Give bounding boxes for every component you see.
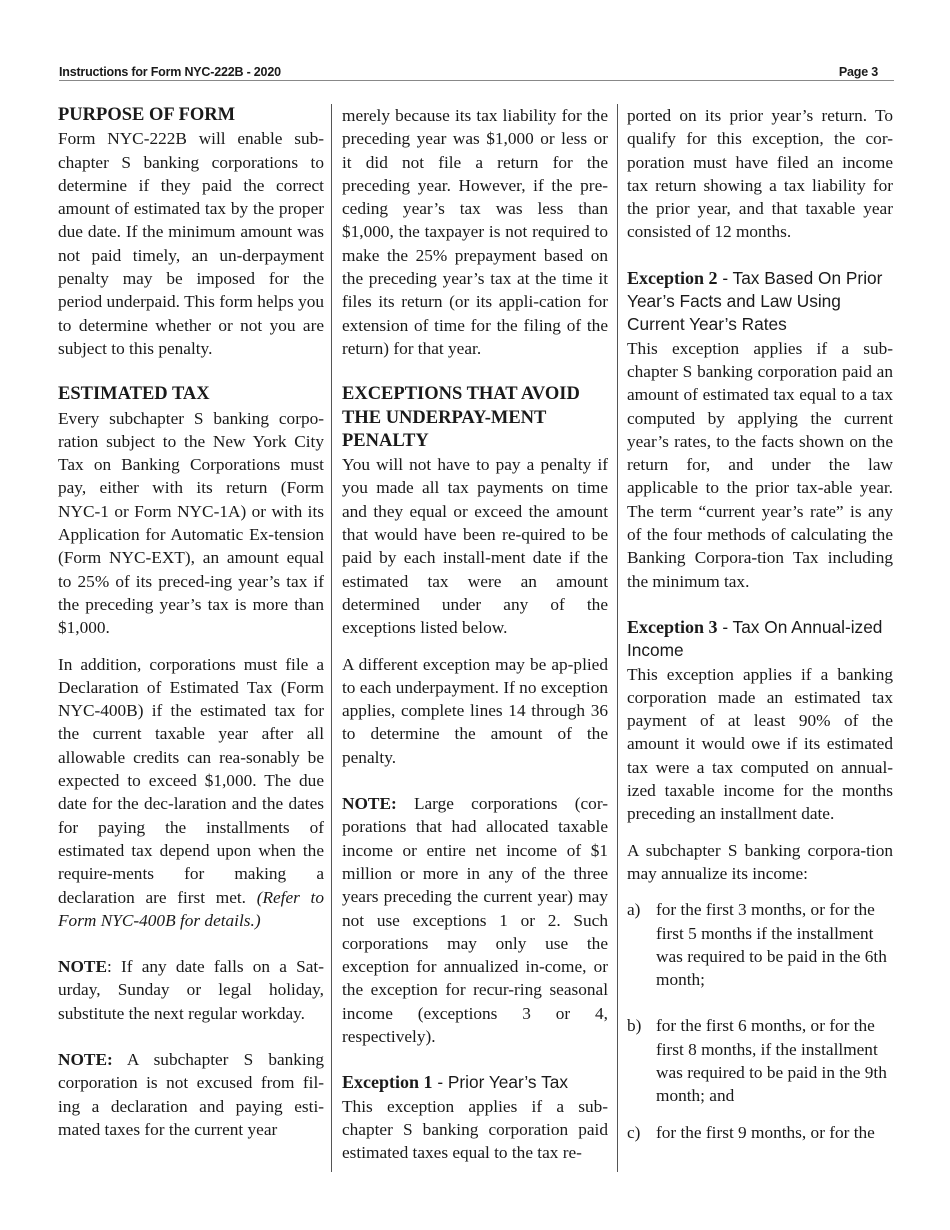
note-label: NOTE:	[58, 1050, 113, 1069]
page-number: Page 3	[839, 65, 894, 79]
document-title: Instructions for Form NYC-222B - 2020	[59, 65, 281, 79]
exception-2-heading: Exception 2 - Tax Based On Prior Year’s …	[627, 267, 893, 337]
exception-1-paragraph: This exception applies if a sub-chapter …	[342, 1095, 608, 1165]
estimated-tax-paragraph: Every subchapter S banking corpo-ration …	[58, 407, 324, 640]
note-label: NOTE	[58, 957, 107, 976]
list-item: a) for the first 3 months, or for the fi…	[627, 898, 893, 991]
section-heading-purpose: PURPOSE OF FORM	[58, 104, 324, 127]
column-divider	[617, 104, 618, 1172]
different-exception-paragraph: A different exception may be ap-plied to…	[342, 653, 608, 769]
note-large-corporations: NOTE: Large corporations (cor-porations …	[342, 792, 608, 1048]
list-label: c)	[627, 1121, 656, 1144]
exception-3-heading: Exception 3 - Tax On Annual-ized Income	[627, 616, 893, 663]
list-label: b)	[627, 1014, 656, 1107]
list-item: c) for the first 9 months, or for the	[627, 1121, 893, 1144]
note-holiday: NOTE: If any date falls on a Sat-urday, …	[58, 955, 324, 1025]
purpose-paragraph: Form NYC-222B will enable sub-chapter S …	[58, 127, 324, 360]
column-1: PURPOSE OF FORM Form NYC-222B will enabl…	[58, 104, 324, 1141]
list-text: for the first 6 months, or for the first…	[656, 1014, 893, 1107]
declaration-paragraph: In addition, corporations must file a De…	[58, 653, 324, 933]
exception-3-paragraph: This exception applies if a banking corp…	[627, 663, 893, 826]
list-item: b) for the first 6 months, or for the fi…	[627, 1014, 893, 1107]
column-3: ported on its prior year’s return. To qu…	[627, 104, 893, 1144]
continued-paragraph: merely because its tax liability for the…	[342, 104, 608, 360]
column-2: merely because its tax liability for the…	[342, 104, 608, 1164]
page-header: Instructions for Form NYC-222B - 2020 Pa…	[59, 62, 894, 81]
note-label: NOTE:	[342, 794, 397, 813]
section-heading-estimated-tax: ESTIMATED TAX	[58, 383, 324, 406]
list-label: a)	[627, 898, 656, 991]
section-heading-exceptions: EXCEPTIONS THAT AVOID THE UNDERPAY-MENT …	[342, 383, 608, 453]
annualize-paragraph: A subchapter S banking corpora-tion may …	[627, 839, 893, 886]
exceptions-paragraph: You will not have to pay a penalty if yo…	[342, 453, 608, 639]
continued-paragraph: ported on its prior year’s return. To qu…	[627, 104, 893, 244]
list-text: for the first 3 months, or for the first…	[656, 898, 893, 991]
column-divider	[331, 104, 332, 1172]
note-not-excused: NOTE: A subchapter S banking corporation…	[58, 1048, 324, 1141]
exception-1-heading: Exception 1 - Prior Year’s Tax	[342, 1071, 608, 1094]
exception-2-paragraph: This exception applies if a sub-chapter …	[627, 337, 893, 593]
list-text: for the first 9 months, or for the	[656, 1121, 893, 1144]
